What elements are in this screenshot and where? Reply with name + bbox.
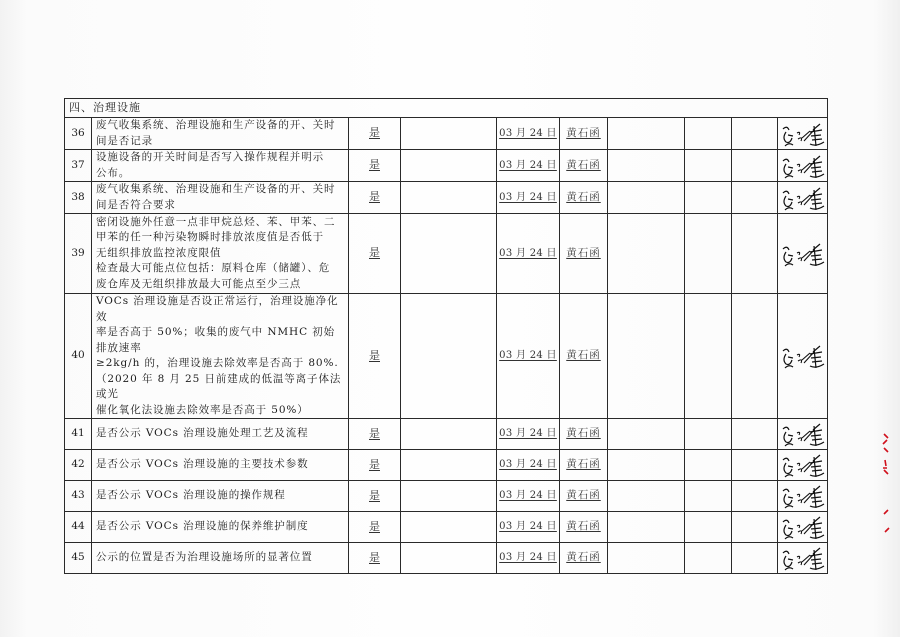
check-date: 03 月 24 日 — [497, 481, 560, 512]
check-result-text: 是 — [369, 246, 380, 259]
blank-cell-b — [685, 118, 732, 150]
blank-cell-a — [608, 182, 685, 214]
item-number: 42 — [65, 450, 92, 481]
inspector-name-text: 黄石函 — [566, 247, 601, 259]
checklist-row: 36 废气收集系统、治理设施和生产设备的开、关时间是否记录 是 03 月 24 … — [65, 118, 828, 150]
check-result: 是 — [349, 419, 401, 450]
blank-cell-remarks — [401, 118, 497, 150]
blank-cell-b — [685, 543, 732, 574]
check-result: 是 — [349, 512, 401, 543]
blank-cell-b — [685, 450, 732, 481]
check-date-text: 03 月 24 日 — [499, 428, 557, 439]
blank-cell-b — [685, 512, 732, 543]
description-line: 公示的位置是否为治理设施场所的显著位置 — [96, 550, 344, 566]
check-result-text: 是 — [369, 427, 380, 440]
signature-cell — [778, 118, 828, 150]
blank-cell-remarks — [401, 512, 497, 543]
signature-cell — [778, 512, 828, 543]
inspector-name: 黄石函 — [560, 481, 608, 512]
check-result-text: 是 — [369, 349, 380, 362]
item-number: 36 — [65, 118, 92, 150]
blank-cell-b — [685, 419, 732, 450]
blank-cell-b — [685, 182, 732, 214]
check-date-text: 03 月 24 日 — [499, 248, 557, 259]
item-description: 是否公示 VOCs 治理设施的保养维护制度 — [92, 512, 349, 543]
blank-cell-c — [732, 214, 778, 294]
check-date: 03 月 24 日 — [497, 512, 560, 543]
check-date-text: 03 月 24 日 — [499, 521, 557, 532]
inspector-name-text: 黄石函 — [566, 349, 601, 361]
check-result: 是 — [349, 118, 401, 150]
blank-cell-c — [732, 450, 778, 481]
check-date: 03 月 24 日 — [497, 214, 560, 294]
signature-cell — [778, 214, 828, 294]
blank-cell-a — [608, 481, 685, 512]
signature-cell — [778, 419, 828, 450]
handwritten-signature-icon — [780, 120, 826, 148]
description-line: 废气收集系统、治理设施和生产设备的开、关时 — [96, 182, 344, 198]
description-line: ≥2kg/h 的，治理设施去除效率是否高于 80%. — [96, 356, 344, 372]
blank-cell-a — [608, 450, 685, 481]
blank-cell-remarks — [401, 150, 497, 182]
handwritten-signature-icon — [780, 240, 826, 268]
check-result-text: 是 — [369, 458, 380, 471]
description-line: 是否公示 VOCs 治理设施的操作规程 — [96, 488, 344, 504]
check-date: 03 月 24 日 — [497, 150, 560, 182]
check-result: 是 — [349, 214, 401, 294]
signature-cell — [778, 150, 828, 182]
check-date: 03 月 24 日 — [497, 182, 560, 214]
description-line: （2020 年 8 月 25 日前建成的低温等离子体法或光 — [96, 372, 344, 403]
signature-cell — [778, 543, 828, 574]
inspector-name-text: 黄石函 — [566, 489, 601, 501]
signature-cell — [778, 481, 828, 512]
item-number: 44 — [65, 512, 92, 543]
signature-cell — [778, 450, 828, 481]
check-date-text: 03 月 24 日 — [499, 160, 557, 171]
blank-cell-c — [732, 294, 778, 419]
description-line: 检查最大可能点位包括：原料仓库（储罐）、危 — [96, 261, 344, 277]
check-date: 03 月 24 日 — [497, 294, 560, 419]
inspector-name: 黄石函 — [560, 543, 608, 574]
inspector-name-text: 黄石函 — [566, 458, 601, 470]
description-line: 是否公示 VOCs 治理设施处理工艺及流程 — [96, 426, 344, 442]
check-result: 是 — [349, 481, 401, 512]
item-description: 是否公示 VOCs 治理设施的主要技术参数 — [92, 450, 349, 481]
description-line: 间是否记录 — [96, 134, 344, 150]
handwritten-signature-icon — [780, 152, 826, 180]
check-date-text: 03 月 24 日 — [499, 350, 557, 361]
check-result: 是 — [349, 294, 401, 419]
checklist-row: 39 密闭设施外任意一点非甲烷总烃、苯、甲苯、二甲苯的任一种污染物瞬时排放浓度值… — [65, 214, 828, 294]
section-header-row: 四、治理设施 — [65, 99, 828, 118]
check-result-text: 是 — [369, 520, 380, 533]
checklist-row: 37 设施设备的开关时间是否写入操作规程并明示公布。 是 03 月 24 日 黄… — [65, 150, 828, 182]
blank-cell-c — [732, 543, 778, 574]
check-result-text: 是 — [369, 126, 380, 139]
blank-cell-c — [732, 512, 778, 543]
blank-cell-a — [608, 419, 685, 450]
signature-cell — [778, 182, 828, 214]
check-date-text: 03 月 24 日 — [499, 552, 557, 563]
handwritten-signature-icon — [780, 342, 826, 370]
check-date-text: 03 月 24 日 — [499, 459, 557, 470]
checklist-row: 40 VOCs 治理设施是否设正常运行，治理设施净化效率是否高于 50%；收集的… — [65, 294, 828, 419]
inspector-name: 黄石函 — [560, 118, 608, 150]
inspector-name: 黄石函 — [560, 450, 608, 481]
description-line: 率是否高于 50%；收集的废气中 NMHC 初始排放速率 — [96, 325, 344, 356]
handwritten-signature-icon — [780, 513, 826, 541]
blank-cell-a — [608, 118, 685, 150]
check-result: 是 — [349, 543, 401, 574]
blank-cell-b — [685, 294, 732, 419]
blank-cell-remarks — [401, 182, 497, 214]
blank-cell-a — [608, 294, 685, 419]
description-line: 催化氧化法设施去除效率是否高于 50%） — [96, 403, 344, 419]
blank-cell-remarks — [401, 450, 497, 481]
item-number: 43 — [65, 481, 92, 512]
description-line: 间是否符合要求 — [96, 198, 344, 214]
inspector-name-text: 黄石函 — [566, 159, 601, 171]
check-result: 是 — [349, 182, 401, 214]
check-result-text: 是 — [369, 551, 380, 564]
description-line: 废气收集系统、治理设施和生产设备的开、关时 — [96, 118, 344, 134]
check-date-text: 03 月 24 日 — [499, 128, 557, 139]
check-result: 是 — [349, 150, 401, 182]
handwritten-signature-icon — [780, 544, 826, 572]
inspector-name-text: 黄石函 — [566, 127, 601, 139]
blank-cell-a — [608, 214, 685, 294]
check-result: 是 — [349, 450, 401, 481]
handwritten-signature-icon — [780, 420, 826, 448]
item-description: 密闭设施外任意一点非甲烷总烃、苯、甲苯、二甲苯的任一种污染物瞬时排放浓度值是否低… — [92, 214, 349, 294]
check-date-text: 03 月 24 日 — [499, 490, 557, 501]
blank-cell-c — [732, 182, 778, 214]
checklist-row: 38 废气收集系统、治理设施和生产设备的开、关时间是否符合要求 是 03 月 2… — [65, 182, 828, 214]
inspector-name-text: 黄石函 — [566, 551, 601, 563]
check-date: 03 月 24 日 — [497, 118, 560, 150]
description-line: 甲苯的任一种污染物瞬时排放浓度值是否低于 — [96, 230, 344, 246]
handwritten-signature-icon — [780, 482, 826, 510]
inspection-checklist-table: 四、治理设施 36 废气收集系统、治理设施和生产设备的开、关时间是否记录 是 0… — [64, 98, 828, 574]
item-description: VOCs 治理设施是否设正常运行，治理设施净化效率是否高于 50%；收集的废气中… — [92, 294, 349, 419]
blank-cell-a — [608, 543, 685, 574]
handwritten-signature-icon — [780, 451, 826, 479]
description-line: VOCs 治理设施是否设正常运行，治理设施净化效 — [96, 294, 344, 325]
signature-cell — [778, 294, 828, 419]
item-number: 45 — [65, 543, 92, 574]
description-line: 无组织排放监控浓度限值 — [96, 246, 344, 262]
description-line: 是否公示 VOCs 治理设施的主要技术参数 — [96, 457, 344, 473]
description-line: 是否公示 VOCs 治理设施的保养维护制度 — [96, 519, 344, 535]
section-title: 四、治理设施 — [65, 99, 828, 118]
item-number: 40 — [65, 294, 92, 419]
inspector-name-text: 黄石函 — [566, 191, 601, 203]
handwritten-signature-icon — [780, 184, 826, 212]
inspector-name-text: 黄石函 — [566, 520, 601, 532]
blank-cell-c — [732, 419, 778, 450]
item-number: 39 — [65, 214, 92, 294]
blank-cell-b — [685, 214, 732, 294]
blank-cell-remarks — [401, 294, 497, 419]
inspector-name: 黄石函 — [560, 214, 608, 294]
inspector-name: 黄石函 — [560, 294, 608, 419]
blank-cell-remarks — [401, 481, 497, 512]
item-number: 37 — [65, 150, 92, 182]
check-date-text: 03 月 24 日 — [499, 192, 557, 203]
checklist-row: 41 是否公示 VOCs 治理设施处理工艺及流程 是 03 月 24 日 黄石函 — [65, 419, 828, 450]
blank-cell-c — [732, 481, 778, 512]
description-line: 设施设备的开关时间是否写入操作规程并明示 — [96, 150, 344, 166]
check-result-text: 是 — [369, 190, 380, 203]
blank-cell-b — [685, 481, 732, 512]
checklist-row: 43 是否公示 VOCs 治理设施的操作规程 是 03 月 24 日 黄石函 — [65, 481, 828, 512]
blank-cell-c — [732, 118, 778, 150]
description-line: 密闭设施外任意一点非甲烷总烃、苯、甲苯、二 — [96, 215, 344, 231]
item-description: 是否公示 VOCs 治理设施处理工艺及流程 — [92, 419, 349, 450]
blank-cell-remarks — [401, 419, 497, 450]
checklist-row: 42 是否公示 VOCs 治理设施的主要技术参数 是 03 月 24 日 黄石函 — [65, 450, 828, 481]
blank-cell-b — [685, 150, 732, 182]
blank-cell-a — [608, 512, 685, 543]
item-description: 是否公示 VOCs 治理设施的操作规程 — [92, 481, 349, 512]
inspector-name: 黄石函 — [560, 182, 608, 214]
inspector-name: 黄石函 — [560, 150, 608, 182]
description-line: 公布。 — [96, 166, 344, 182]
blank-cell-remarks — [401, 543, 497, 574]
check-result-text: 是 — [369, 158, 380, 171]
item-number: 41 — [65, 419, 92, 450]
item-number: 38 — [65, 182, 92, 214]
inspector-name: 黄石函 — [560, 419, 608, 450]
check-result-text: 是 — [369, 489, 380, 502]
blank-cell-c — [732, 150, 778, 182]
item-description: 废气收集系统、治理设施和生产设备的开、关时间是否记录 — [92, 118, 349, 150]
inspector-name-text: 黄石函 — [566, 427, 601, 439]
item-description: 废气收集系统、治理设施和生产设备的开、关时间是否符合要求 — [92, 182, 349, 214]
checklist-row: 44 是否公示 VOCs 治理设施的保养维护制度 是 03 月 24 日 黄石函 — [65, 512, 828, 543]
checklist-row: 45 公示的位置是否为治理设施场所的显著位置 是 03 月 24 日 黄石函 — [65, 543, 828, 574]
inspector-name: 黄石函 — [560, 512, 608, 543]
check-date: 03 月 24 日 — [497, 543, 560, 574]
check-date: 03 月 24 日 — [497, 450, 560, 481]
check-date: 03 月 24 日 — [497, 419, 560, 450]
description-line: 废仓库及无组织排放最大可能点至少三点 — [96, 277, 344, 293]
blank-cell-a — [608, 150, 685, 182]
red-stamp-edge-mark — [880, 430, 894, 540]
item-description: 设施设备的开关时间是否写入操作规程并明示公布。 — [92, 150, 349, 182]
blank-cell-remarks — [401, 214, 497, 294]
item-description: 公示的位置是否为治理设施场所的显著位置 — [92, 543, 349, 574]
